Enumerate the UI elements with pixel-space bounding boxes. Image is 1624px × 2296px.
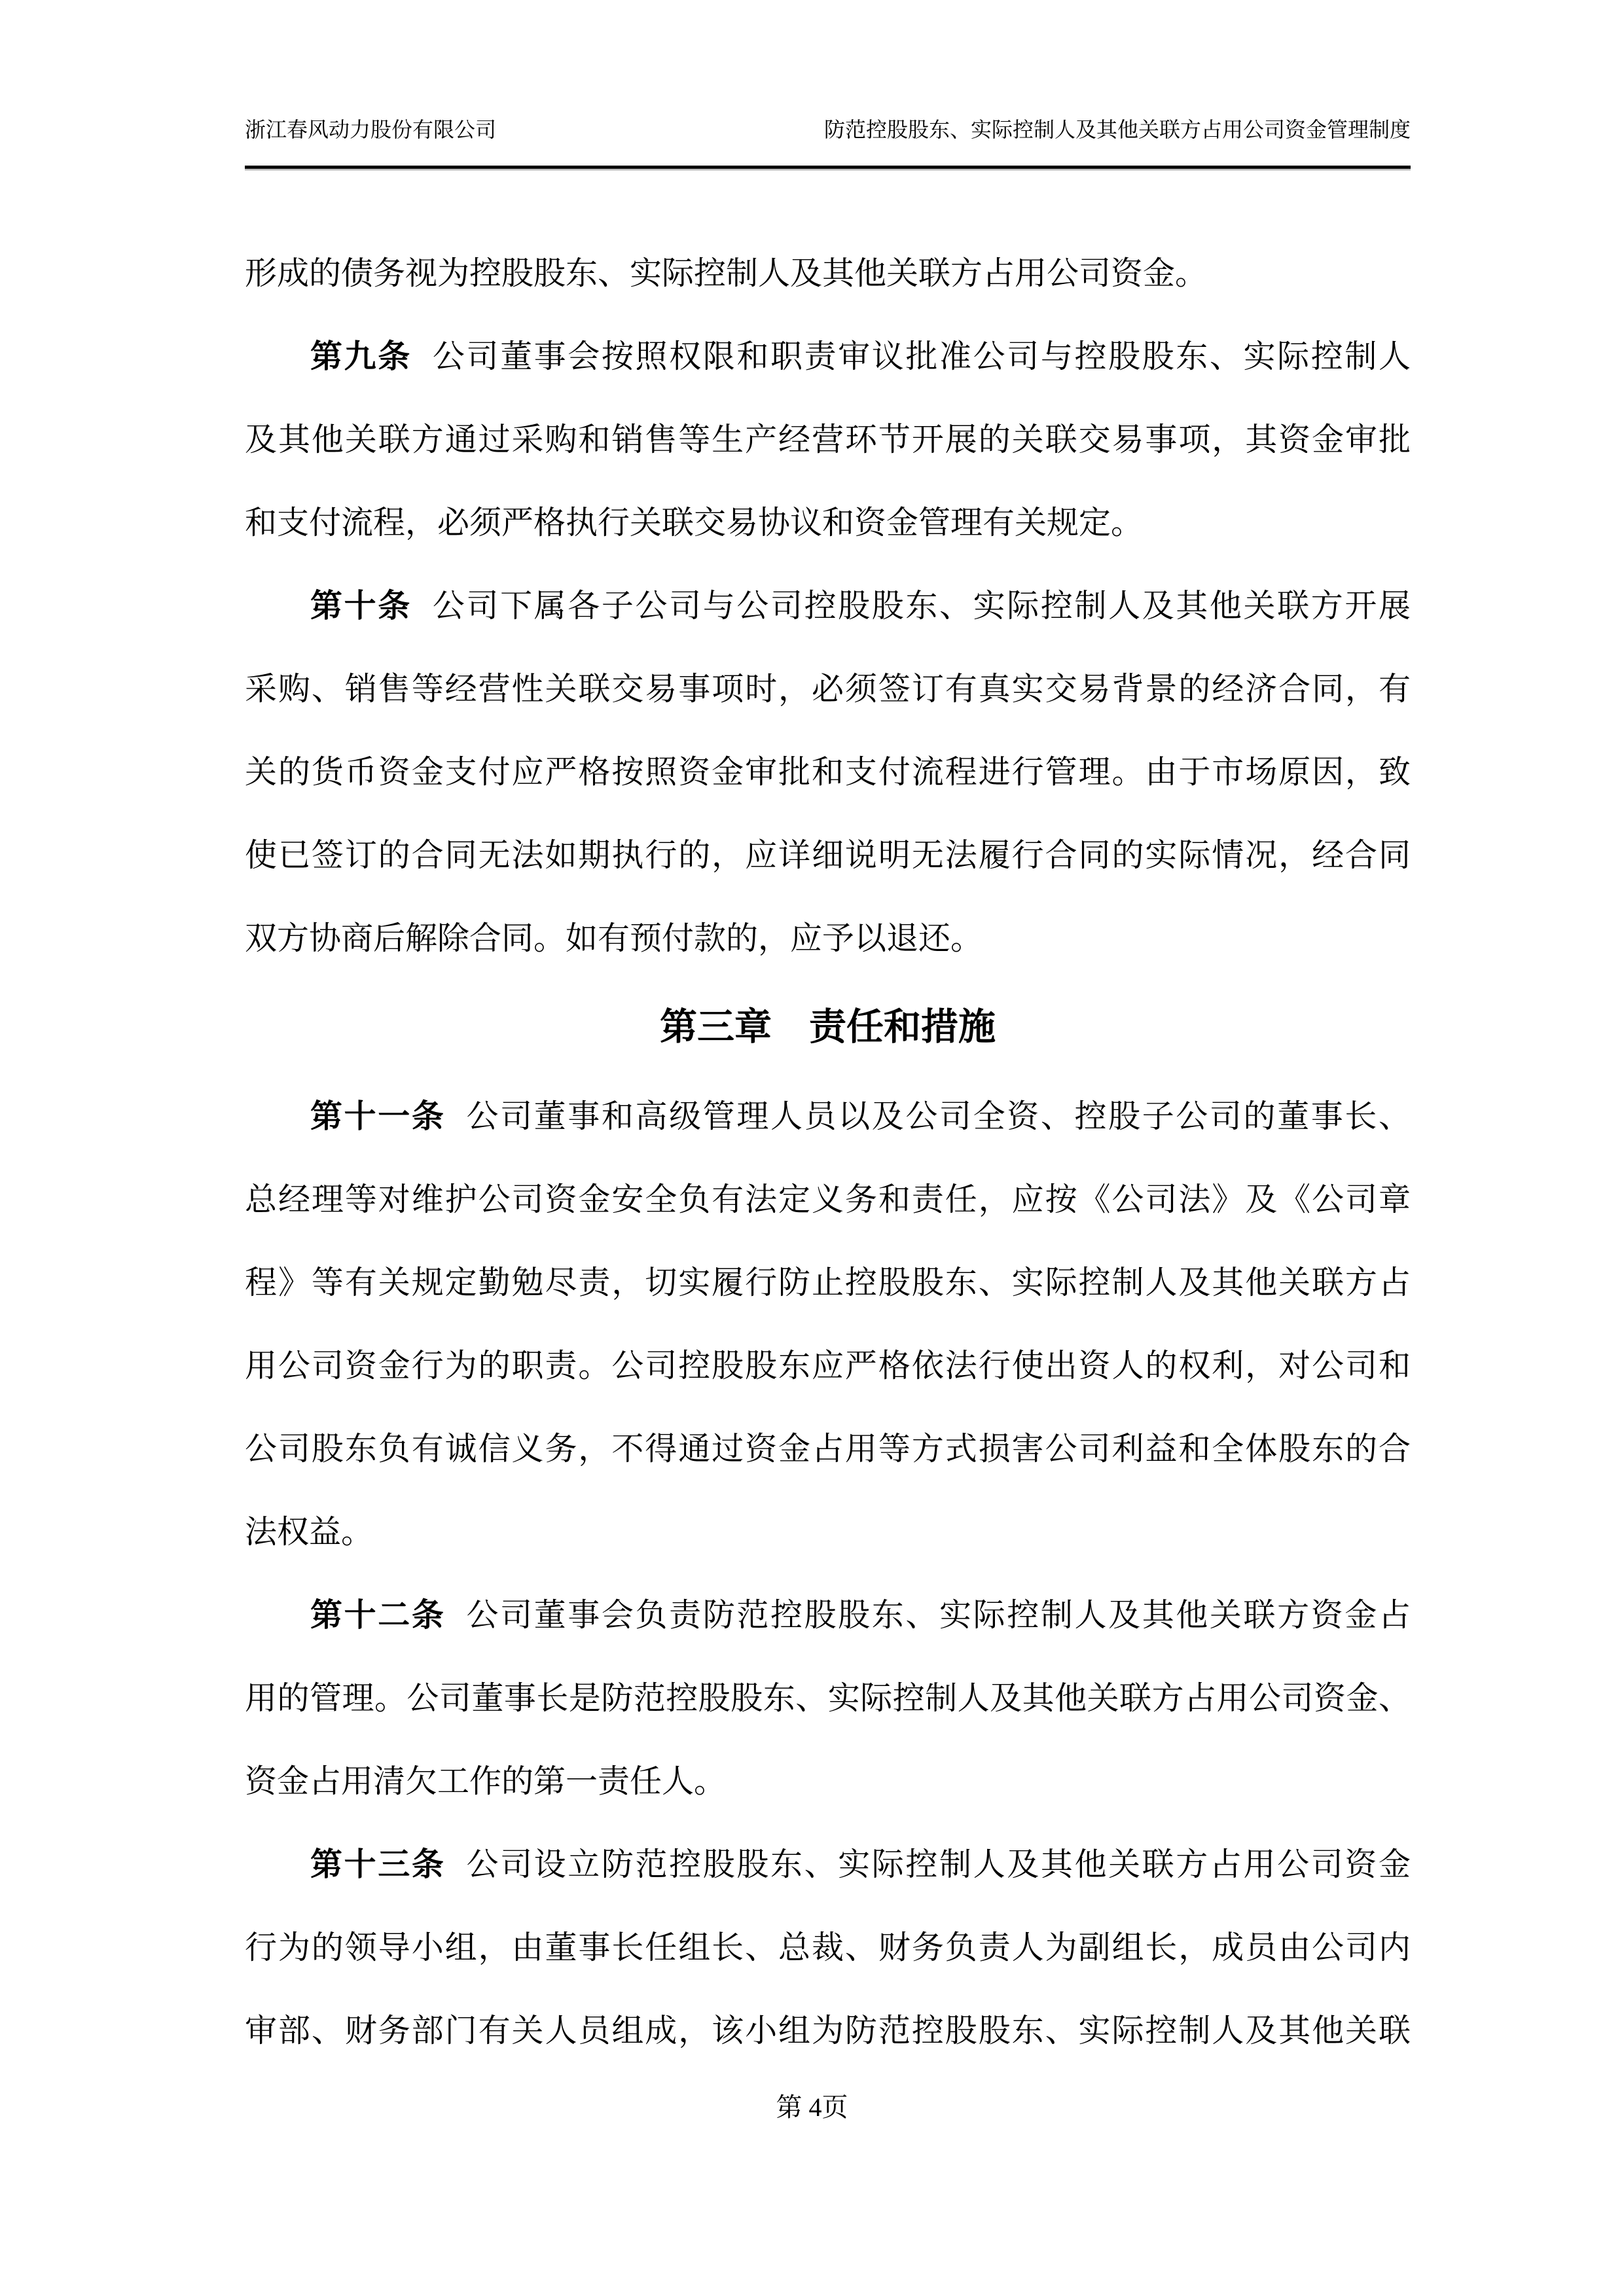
chapter-heading: 第三章 责任和措施: [245, 980, 1411, 1075]
body-line: 行为的领导小组，由董事长任组长、总裁、财务负责人为副组长，成员由公司内: [245, 1906, 1411, 1989]
body-line: 形成的债务视为控股股东、实际控制人及其他关联方占用公司资金。: [245, 232, 1411, 315]
article-number: 第九条: [310, 338, 412, 374]
body-line: 第十二条公司董事会负责防范控股股东、实际控制人及其他关联方资金占: [245, 1573, 1411, 1657]
body-line: 第九条公司董事会按照权限和职责审议批准公司与控股股东、实际控制人: [245, 315, 1411, 398]
body-line: 总经理等对维护公司资金安全负有法定义务和责任，应按《公司法》及《公司章: [245, 1158, 1411, 1241]
page-number: 第 4页: [776, 2092, 848, 2122]
body-line: 及其他关联方通过采购和销售等生产经营环节开展的关联交易事项，其资金审批: [245, 398, 1411, 481]
document-page: 浙江春风动力股份有限公司 防范控股股东、实际控制人及其他关联方占用公司资金管理制…: [0, 0, 1624, 2296]
body-line: 公司股东负有诚信义务，不得通过资金占用等方式损害公司利益和全体股东的合: [245, 1407, 1411, 1490]
document-body: 形成的债务视为控股股东、实际控制人及其他关联方占用公司资金。第九条公司董事会按照…: [245, 232, 1411, 2072]
article-number: 第十一条: [310, 1098, 445, 1134]
header-company-name: 浙江春风动力股份有限公司: [245, 117, 496, 143]
body-line: 和支付流程，必须严格执行关联交易协议和资金管理有关规定。: [245, 481, 1411, 564]
body-line: 法权益。: [245, 1490, 1411, 1573]
article-number: 第十三条: [310, 1846, 445, 1882]
body-line: 第十一条公司董事和高级管理人员以及公司全资、控股子公司的董事长、: [245, 1075, 1411, 1158]
page-footer: 第 4页: [0, 2088, 1624, 2127]
body-line: 双方协商后解除合同。如有预付款的，应予以退还。: [245, 897, 1411, 980]
page-header: 浙江春风动力股份有限公司 防范控股股东、实际控制人及其他关联方占用公司资金管理制…: [245, 117, 1411, 143]
body-line: 采购、销售等经营性关联交易事项时，必须签订有真实交易背景的经济合同，有: [245, 647, 1411, 730]
body-line: 第十三条公司设立防范控股股东、实际控制人及其他关联方占用公司资金: [245, 1823, 1411, 1906]
header-doc-title: 防范控股股东、实际控制人及其他关联方占用公司资金管理制度: [824, 117, 1411, 143]
body-line: 资金占用清欠工作的第一责任人。: [245, 1740, 1411, 1823]
article-number: 第十条: [310, 588, 412, 624]
header-rule-thick-line: [245, 166, 1411, 169]
header-rule-thin-line: [245, 170, 1411, 170]
body-line: 用的管理。公司董事长是防范控股股东、实际控制人及其他关联方占用公司资金、: [245, 1657, 1411, 1740]
body-line: 使已签订的合同无法如期执行的，应详细说明无法履行合同的实际情况，经合同: [245, 814, 1411, 897]
header-rule: [245, 166, 1411, 170]
body-line: 审部、财务部门有关人员组成，该小组为防范控股股东、实际控制人及其他关联: [245, 1989, 1411, 2072]
body-line: 程》等有关规定勤勉尽责，切实履行防止控股股东、实际控制人及其他关联方占: [245, 1241, 1411, 1324]
body-line: 关的货币资金支付应严格按照资金审批和支付流程进行管理。由于市场原因，致: [245, 730, 1411, 814]
body-line: 用公司资金行为的职责。公司控股股东应严格依法行使出资人的权利，对公司和: [245, 1324, 1411, 1407]
article-number: 第十二条: [310, 1597, 445, 1633]
body-line: 第十条公司下属各子公司与公司控股股东、实际控制人及其他关联方开展: [245, 564, 1411, 647]
